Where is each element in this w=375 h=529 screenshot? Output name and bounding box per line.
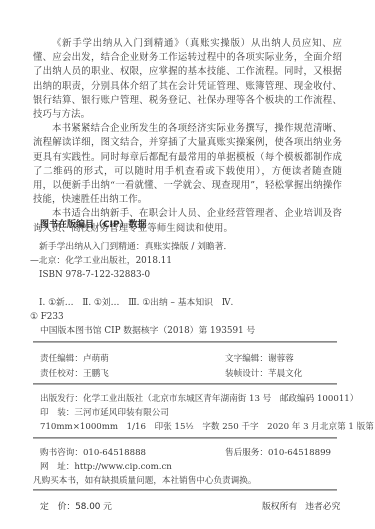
responsible-editor: 责任编辑：卢萌萌 [40,352,109,364]
cip-line: ISBN 978-7-122-32883-0 [30,268,330,282]
service-phone: 售后服务：010-64518899 [225,446,331,458]
spacer [30,282,330,296]
publisher-info: 出版发行：化学工业出版社（北京市东城区青年湖南街 13 号 邮政编码 10001… [40,392,358,404]
cip-line: —北京：化学工业出版社，2018.11 [30,254,330,268]
proofreader: 责任校对：王鹏飞 [40,367,109,379]
cover-designer: 装帧设计：芊晨文化 [225,367,302,379]
website-link[interactable]: http://www.cip.com.cn [74,462,171,472]
divider [33,437,337,439]
divider [33,383,337,385]
price: 定 价：58.00 元 [40,499,112,512]
cip-heading: 图书在版编目（CIP）数据 [40,217,147,230]
copyright-notice: 版权所有违者必究 [262,499,340,512]
book-introduction: 《新手学出纳从入门到精通》（真账实操版）从出纳人员应知、应懂、应会出发，结合企业… [33,37,342,236]
cip-data: 新手学出纳从入门到精通：真账实操版 / 刘瞻著． —北京：化学工业出版社，201… [30,240,330,324]
website: 网 址：http://www.cip.com.cn [40,460,172,472]
intro-paragraph: 《新手学出纳从入门到精通》（真账实操版）从出纳人员应知、应懂、应会出发，结合企业… [33,37,342,122]
divider [33,489,337,491]
purchase-phone: 购书咨询：010-64518888 [40,446,146,458]
cip-line: Ⅰ. ①新… Ⅱ. ①刘… Ⅲ. ①出纳 – 基本知识 Ⅳ. [30,296,330,310]
intro-paragraph: 本书紧紧结合企业所发生的各项经济实际业务撰写，操作规范清晰、流程解读详细，图文结… [33,122,342,207]
print-specs: 710mm×1000mm 1/16 印张 15½ 字数 250 千字 2020 … [40,420,375,432]
text-editor: 文字编辑：谢蓉蓉 [225,352,294,364]
cip-line: ① F233 [30,310,330,324]
cip-line: 新手学出纳从入门到精通：真账实操版 / 刘瞻著． [30,240,330,254]
cip-record-number: 中国版本图书馆 CIP 数据核字（2018）第 193591 号 [40,323,255,336]
divider [33,341,337,343]
printer-info: 印 装：三河市延风印装有限公司 [40,406,169,418]
copyright-page: 《新手学出纳从入门到精通》（真账实操版）从出纳人员应知、应懂、应会出发，结合企业… [0,0,375,529]
quality-notice: 凡购买本书，如有缺损质量问题，本社销售中心负责调换。 [33,474,256,486]
